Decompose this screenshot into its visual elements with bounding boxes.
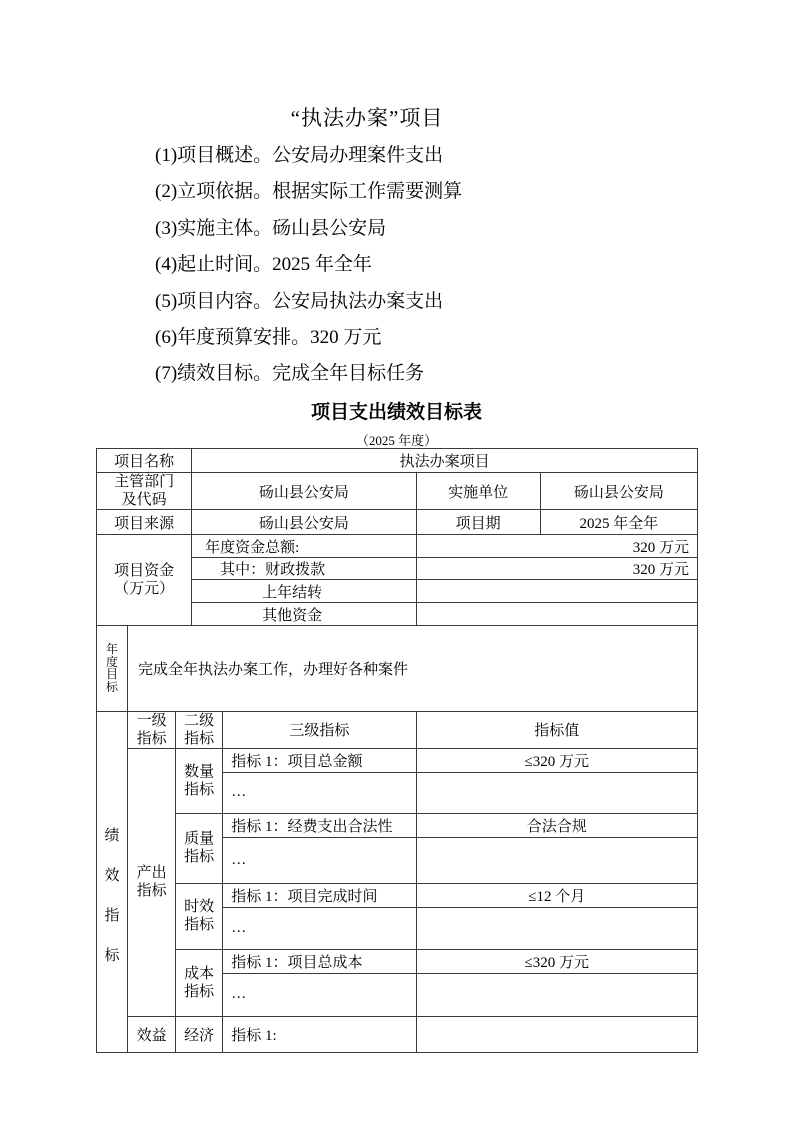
level2-quality: 质量 指标 [176,813,223,883]
funding-label: 项目资金 （万元） [97,535,192,626]
funding-fiscal-value: 320 万元 [416,558,698,580]
funding-other-value [416,603,698,626]
row-funding-total: 项目资金 （万元） 年度资金总额: 320 万元 [97,535,698,558]
list-item-1: (1)项目概述。公安局办理案件支出 [155,138,462,174]
row-source: 项目来源 砀山县公安局 项目期 2025 年全年 [97,510,698,535]
level1-benefit: 效益 [128,1016,176,1052]
row-quality-1: 质量 指标 指标 1：经费支出合法性 合法合规 [97,813,698,837]
impl-unit-label: 实施单位 [416,473,540,510]
list-item-3: (3)实施主体。砀山县公安局 [155,211,462,247]
funding-total-label: 年度资金总额: [192,535,416,558]
row-timeliness-1: 时效 指标 指标 1：项目完成时间 ≤12 个月 [97,883,698,907]
dept-label: 主管部门 及代码 [97,473,192,510]
level2-timeliness: 时效 指标 [176,883,223,949]
indicator-cost-ellipsis: … [223,973,416,1016]
table-title: 项目支出绩效目标表 [0,397,793,424]
row-annual-goal: 年度目标 完成全年执法办案工作，办理好各种案件 [97,626,698,712]
indicator-quantity-1-value: ≤320 万元 [416,748,698,772]
indicator-cost-1: 指标 1：项目总成本 [223,949,416,973]
indicator-quantity-1: 指标 1：项目总金额 [223,748,416,772]
project-source-label: 项目来源 [97,510,192,535]
indicator-quality-1: 指标 1：经费支出合法性 [223,813,416,837]
level1-output: 产出 指标 [128,748,176,1016]
indicator-economic-1-value [416,1016,698,1052]
document-title: “执法办案”项目 [0,102,734,132]
performance-goal-table: 项目名称 执法办案项目 主管部门 及代码 砀山县公安局 实施单位 砀山县公安局 … [96,448,698,1053]
indicator-timeliness-1-value: ≤12 个月 [416,883,698,907]
header-level3: 三级指标 [223,711,416,748]
indicator-quality-ellipsis: … [223,837,416,883]
row-quantity-1: 产出 指标 数量 指标 指标 1：项目总金额 ≤320 万元 [97,748,698,772]
indicator-quantity-ellipsis-value [416,772,698,813]
indicator-timeliness-ellipsis: … [223,907,416,949]
row-cost-1: 成本 指标 指标 1：项目总成本 ≤320 万元 [97,949,698,973]
performance-indicator-label-text: 绩效指标 [105,816,120,976]
annual-goal-label-text: 年度目标 [106,643,118,694]
annual-goal-label: 年度目标 [97,626,128,712]
row-project-name: 项目名称 执法办案项目 [97,449,698,473]
indicator-quality-ellipsis-value [416,837,698,883]
level2-cost: 成本 指标 [176,949,223,1016]
list-item-7: (7)绩效目标。完成全年目标任务 [155,356,462,392]
level2-economic: 经济 [176,1016,223,1052]
project-source-value: 砀山县公安局 [192,510,416,535]
row-benefit: 效益 经济 指标 1: [97,1016,698,1052]
funding-carryover-label: 上年结转 [192,580,416,603]
funding-total-value: 320 万元 [416,535,698,558]
performance-indicator-label: 绩效指标 [97,711,128,1052]
annual-goal-value: 完成全年执法办案工作，办理好各种案件 [128,626,698,712]
funding-other-label: 其他资金 [192,603,416,626]
row-dept: 主管部门 及代码 砀山县公安局 实施单位 砀山县公安局 [97,473,698,510]
funding-carryover-value [416,580,698,603]
row-indicator-header: 绩效指标 一级 指标 二级 指标 三级指标 指标值 [97,711,698,748]
indicator-timeliness-ellipsis-value [416,907,698,949]
project-period-label: 项目期 [416,510,540,535]
indicator-quantity-ellipsis: … [223,772,416,813]
project-name-value: 执法办案项目 [192,449,698,473]
indicator-cost-1-value: ≤320 万元 [416,949,698,973]
header-level1: 一级 指标 [128,711,176,748]
list-item-4: (4)起止时间。2025 年全年 [155,247,462,283]
indicator-quality-1-value: 合法合规 [416,813,698,837]
document-page: “执法办案”项目 (1)项目概述。公安局办理案件支出 (2)立项依据。根据实际工… [0,0,793,1122]
project-period-value: 2025 年全年 [540,510,697,535]
header-value: 指标值 [416,711,698,748]
table-subtitle: （2025 年度） [0,430,793,449]
indicator-cost-ellipsis-value [416,973,698,1016]
project-overview-list: (1)项目概述。公安局办理案件支出 (2)立项依据。根据实际工作需要测算 (3)… [155,138,462,393]
indicator-economic-1: 指标 1: [223,1016,416,1052]
impl-unit-value: 砀山县公安局 [540,473,697,510]
level2-quantity: 数量 指标 [176,748,223,813]
indicator-timeliness-1: 指标 1：项目完成时间 [223,883,416,907]
list-item-6: (6)年度预算安排。320 万元 [155,320,462,356]
list-item-2: (2)立项依据。根据实际工作需要测算 [155,174,462,210]
funding-fiscal-label: 其中：财政拨款 [192,558,416,580]
dept-value: 砀山县公安局 [192,473,416,510]
header-level2: 二级 指标 [176,711,223,748]
list-item-5: (5)项目内容。公安局执法办案支出 [155,284,462,320]
project-name-label: 项目名称 [97,449,192,473]
